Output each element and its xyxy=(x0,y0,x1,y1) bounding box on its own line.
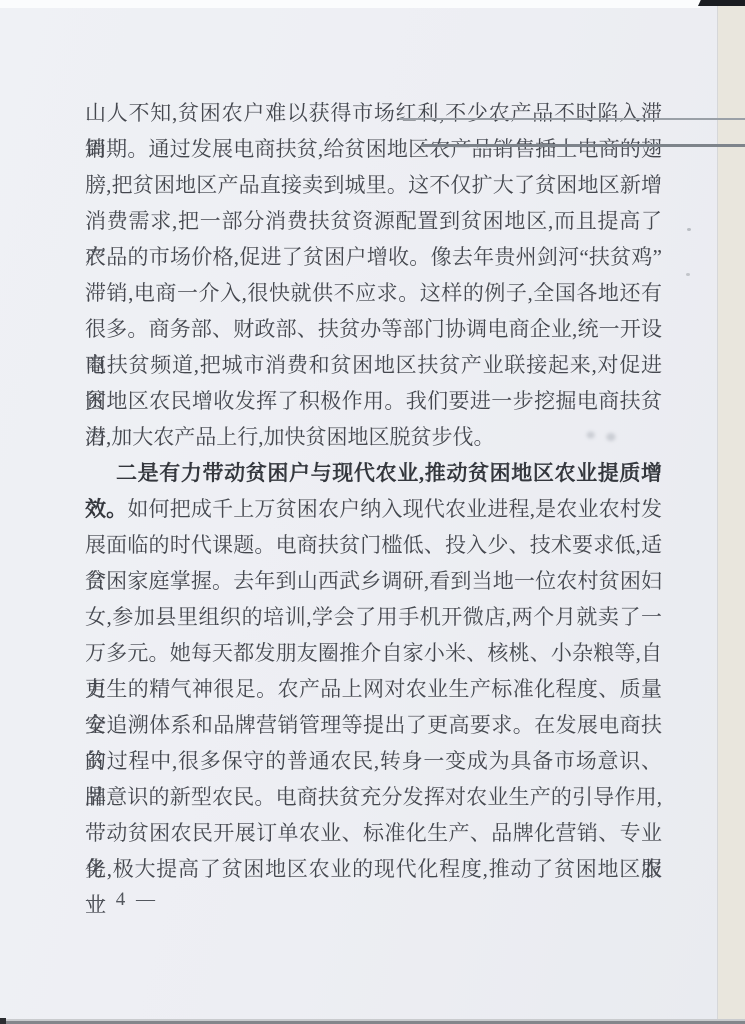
text-line: 贫困家庭掌握。去年到山西武乡调研,看到当地一位农村贫困妇 xyxy=(85,563,662,599)
text-line: 牌意识的新型农民。电商扶贫充分发挥对农业生产的引导作用, xyxy=(85,779,662,815)
bold-text-segment: 二是有力带动贫困户与现代农业,推动贫困地区农业提质增 xyxy=(116,461,662,485)
scan-bottom-edge xyxy=(0,1019,745,1024)
page-number: — 4 — xyxy=(86,889,158,911)
scan-line-artifact-top xyxy=(399,118,745,120)
text-line: 力,加大农产品上行,加快贫困地区脱贫步伐。 xyxy=(85,419,662,455)
body-text: 山人不知,贫困农户难以获得市场红利,不少农产品不时陷入滞销周期。通过发展电商扶贫… xyxy=(85,95,662,887)
scan-corner-artifact xyxy=(698,0,745,6)
text-segment: 产品的市场价格,促进了贫困户增收。像去年贵州剑河“扶贫鸡” xyxy=(85,245,662,269)
text-line: 商扶贫频道,把城市消费和贫困地区扶贫产业联接起来,对促进贫 xyxy=(85,347,662,383)
text-line: 膀,把贫困地区产品直接卖到城里。这不仅扩大了贫困地区新增 xyxy=(85,167,662,203)
text-line: 滞销,电商一介入,很快就供不应求。这样的例子,全国各地还有 xyxy=(85,275,662,311)
scan-speck xyxy=(687,228,691,231)
text-line: 消费需求,把一部分消费扶贫资源配置到贫困地区,而且提高了农 xyxy=(85,203,662,239)
scan-top-edge xyxy=(0,0,700,8)
text-segment: 贫困家庭掌握。去年到山西武乡调研,看到当地一位农村贫困妇 xyxy=(85,569,662,593)
text-line: 展面临的时代课题。电商扶贫门槛低、投入少、技术要求低,适合 xyxy=(85,527,662,563)
text-line: 产品的市场价格,促进了贫困户增收。像去年贵州剑河“扶贫鸡” xyxy=(85,239,662,275)
text-line: 务,极大提高了贫困地区农业的现代化程度,推动了贫困地区农业 xyxy=(85,851,662,887)
text-line: 的过程中,很多保守的普通农民,转身一变成为具备市场意识、品 xyxy=(85,743,662,779)
scan-line-artifact-bottom xyxy=(421,144,745,147)
scanned-document-page: 山人不知,贫困农户难以获得市场红利,不少农产品不时陷入滞销周期。通过发展电商扶贫… xyxy=(0,0,745,1024)
text-segment: 牌意识的新型农民。电商扶贫充分发挥对农业生产的引导作用, xyxy=(85,785,662,809)
bold-text-segment: 效。 xyxy=(85,497,127,521)
text-line: 山人不知,贫困农户难以获得市场红利,不少农产品不时陷入滞销 xyxy=(85,95,662,131)
text-segment: 膀,把贫困地区产品直接卖到城里。这不仅扩大了贫困地区新增 xyxy=(85,173,662,197)
text-line: 困地区农民增收发挥了积极作用。我们要进一步挖掘电商扶贫潜 xyxy=(85,383,662,419)
text-segment: 周期。通过发展电商扶贫,给贫困地区农产品销售插上电商的翅 xyxy=(85,137,662,161)
text-line: 效。如何把成千上万贫困农户纳入现代农业进程,是农业农村发 xyxy=(85,491,662,527)
text-line: 很多。商务部、财政部、扶贫办等部门协调电商企业,统一开设电 xyxy=(85,311,662,347)
text-segment: 女,参加县里组织的培训,学会了用手机开微店,两个月就卖了一 xyxy=(85,605,662,629)
text-segment: 如何把成千上万贫困农户纳入现代农业进程,是农业农村发 xyxy=(127,497,662,521)
scan-bottom-corner-artifact xyxy=(0,1018,6,1024)
text-segment: 力,加大农产品上行,加快贫困地区脱贫步伐。 xyxy=(85,425,495,449)
text-line: 万多元。她每天都发朋友圈推介自家小米、核桃、小杂粮等,自力 xyxy=(85,635,662,671)
text-line: 全追溯体系和品牌营销管理等提出了更高要求。在发展电商扶贫 xyxy=(85,707,662,743)
text-line: 周期。通过发展电商扶贫,给贫困地区农产品销售插上电商的翅 xyxy=(85,131,662,167)
text-line: 带动贫困农民开展订单农业、标准化生产、品牌化营销、专业化服 xyxy=(85,815,662,851)
text-line: 二是有力带动贫困户与现代农业,推动贫困地区农业提质增 xyxy=(85,455,662,491)
text-line: 更生的精气神很足。农产品上网对农业生产标准化程度、质量安 xyxy=(85,671,662,707)
text-line: 女,参加县里组织的培训,学会了用手机开微店,两个月就卖了一 xyxy=(85,599,662,635)
scan-speck xyxy=(686,273,690,276)
text-segment: 滞销,电商一介入,很快就供不应求。这样的例子,全国各地还有 xyxy=(85,281,662,305)
